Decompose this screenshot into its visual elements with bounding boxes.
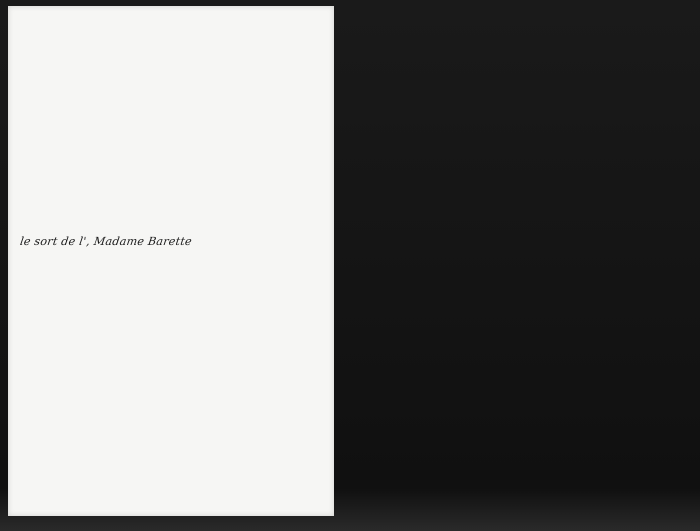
left-page: le sort de l', Madame Barette <box>8 6 334 516</box>
letter-line-text: , Madame Barette <box>85 235 192 248</box>
letter-line-text: le sort de l' <box>19 235 87 248</box>
letter-line: le sort de l', Madame Barette <box>19 235 327 249</box>
